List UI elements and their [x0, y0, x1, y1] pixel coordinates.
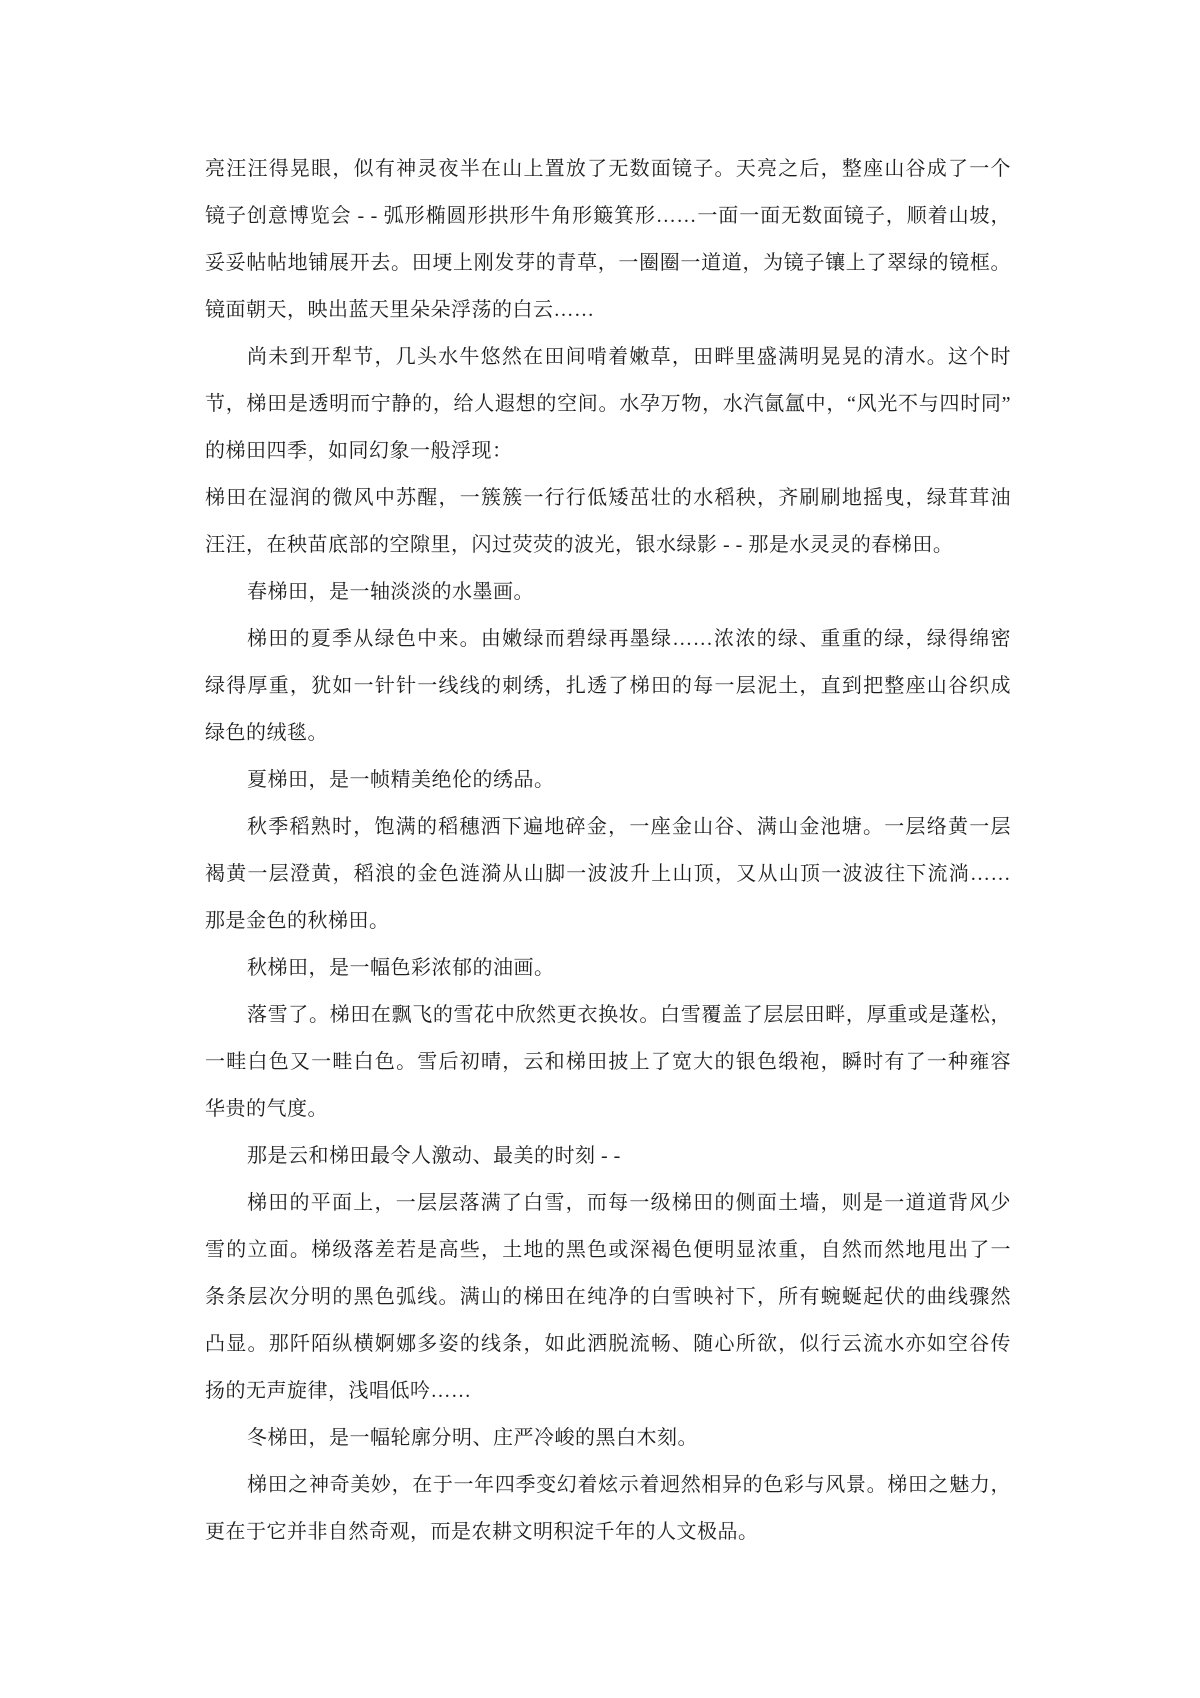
text-line: 梯田之神奇美妙，在于一年四季变幻着炫示着迥然相异的色彩与风景。梯田之魅力， — [205, 1462, 1011, 1509]
text-line: 雪的立面。梯级落差若是高些，土地的黑色或深褐色便明显浓重，自然而然地甩出了一 — [205, 1227, 1011, 1274]
text-line: 秋梯田，是一幅色彩浓郁的油画。 — [205, 945, 1011, 992]
text-line: 那是云和梯田最令人激动、最美的时刻 - - — [205, 1133, 1011, 1180]
text-line: 凸显。那阡陌纵横婀娜多姿的线条，如此洒脱流畅、随心所欲，似行云流水亦如空谷传 — [205, 1321, 1011, 1368]
text-line: 亮汪汪得晃眼，似有神灵夜半在山上置放了无数面镜子。天亮之后，整座山谷成了一个 — [205, 146, 1011, 193]
text-line: 尚未到开犁节，几头水牛悠然在田间啃着嫩草，田畔里盛满明晃晃的清水。这个时 — [205, 334, 1011, 381]
text-line: 一畦白色又一畦白色。雪后初晴，云和梯田披上了宽大的银色缎袍，瞬时有了一种雍容 — [205, 1039, 1011, 1086]
text-line: 扬的无声旋律，浅唱低吟…… — [205, 1368, 1011, 1415]
text-line: 镜面朝天，映出蓝天里朵朵浮荡的白云…… — [205, 287, 1011, 334]
text-line: 的梯田四季，如同幻象一般浮现： — [205, 428, 1011, 475]
text-line: 汪汪，在秧苗底部的空隙里，闪过荧荧的波光，银水绿影 - - 那是水灵灵的春梯田。 — [205, 522, 1011, 569]
text-line: 妥妥帖帖地铺展开去。田埂上刚发芽的青草，一圈圈一道道，为镜子镶上了翠绿的镜框。 — [205, 240, 1011, 287]
document-page: 亮汪汪得晃眼，似有神灵夜半在山上置放了无数面镜子。天亮之后，整座山谷成了一个镜子… — [0, 0, 1200, 1698]
text-line: 秋季稻熟时，饱满的稻穗洒下遍地碎金，一座金山谷、满山金池塘。一层络黄一层 — [205, 804, 1011, 851]
text-line: 更在于它并非自然奇观，而是农耕文明积淀千年的人文极品。 — [205, 1509, 1011, 1556]
text-line: 华贵的气度。 — [205, 1086, 1011, 1133]
text-line: 条条层次分明的黑色弧线。满山的梯田在纯净的白雪映衬下，所有蜿蜒起伏的曲线骤然 — [205, 1274, 1011, 1321]
text-line: 节，梯田是透明而宁静的，给人遐想的空间。水孕万物，水汽氤氲中，“风光不与四时同” — [205, 381, 1011, 428]
text-line: 绿得厚重，犹如一针针一线线的刺绣，扎透了梯田的每一层泥土，直到把整座山谷织成 — [205, 663, 1011, 710]
text-line: 镜子创意博览会 - - 弧形椭圆形拱形牛角形簸箕形……一面一面无数面镜子，顺着山… — [205, 193, 1011, 240]
text-line: 那是金色的秋梯田。 — [205, 898, 1011, 945]
text-line: 落雪了。梯田在飘飞的雪花中欣然更衣换妆。白雪覆盖了层层田畔，厚重或是蓬松， — [205, 992, 1011, 1039]
text-line: 夏梯田，是一帧精美绝伦的绣品。 — [205, 757, 1011, 804]
text-line: 绿色的绒毯。 — [205, 710, 1011, 757]
text-line: 冬梯田，是一幅轮廓分明、庄严冷峻的黑白木刻。 — [205, 1415, 1011, 1462]
text-line: 褐黄一层澄黄，稻浪的金色涟漪从山脚一波波升上山顶，又从山顶一波波往下流淌…… — [205, 851, 1011, 898]
text-line: 梯田的夏季从绿色中来。由嫩绿而碧绿再墨绿……浓浓的绿、重重的绿，绿得绵密 — [205, 616, 1011, 663]
text-line: 梯田在湿润的微风中苏醒，一簇簇一行行低矮茁壮的水稻秧，齐刷刷地摇曳，绿茸茸油 — [205, 475, 1011, 522]
text-line: 梯田的平面上，一层层落满了白雪，而每一级梯田的侧面土墙，则是一道道背风少 — [205, 1180, 1011, 1227]
text-line: 春梯田，是一轴淡淡的水墨画。 — [205, 569, 1011, 616]
document-text: 亮汪汪得晃眼，似有神灵夜半在山上置放了无数面镜子。天亮之后，整座山谷成了一个镜子… — [205, 146, 1011, 1556]
